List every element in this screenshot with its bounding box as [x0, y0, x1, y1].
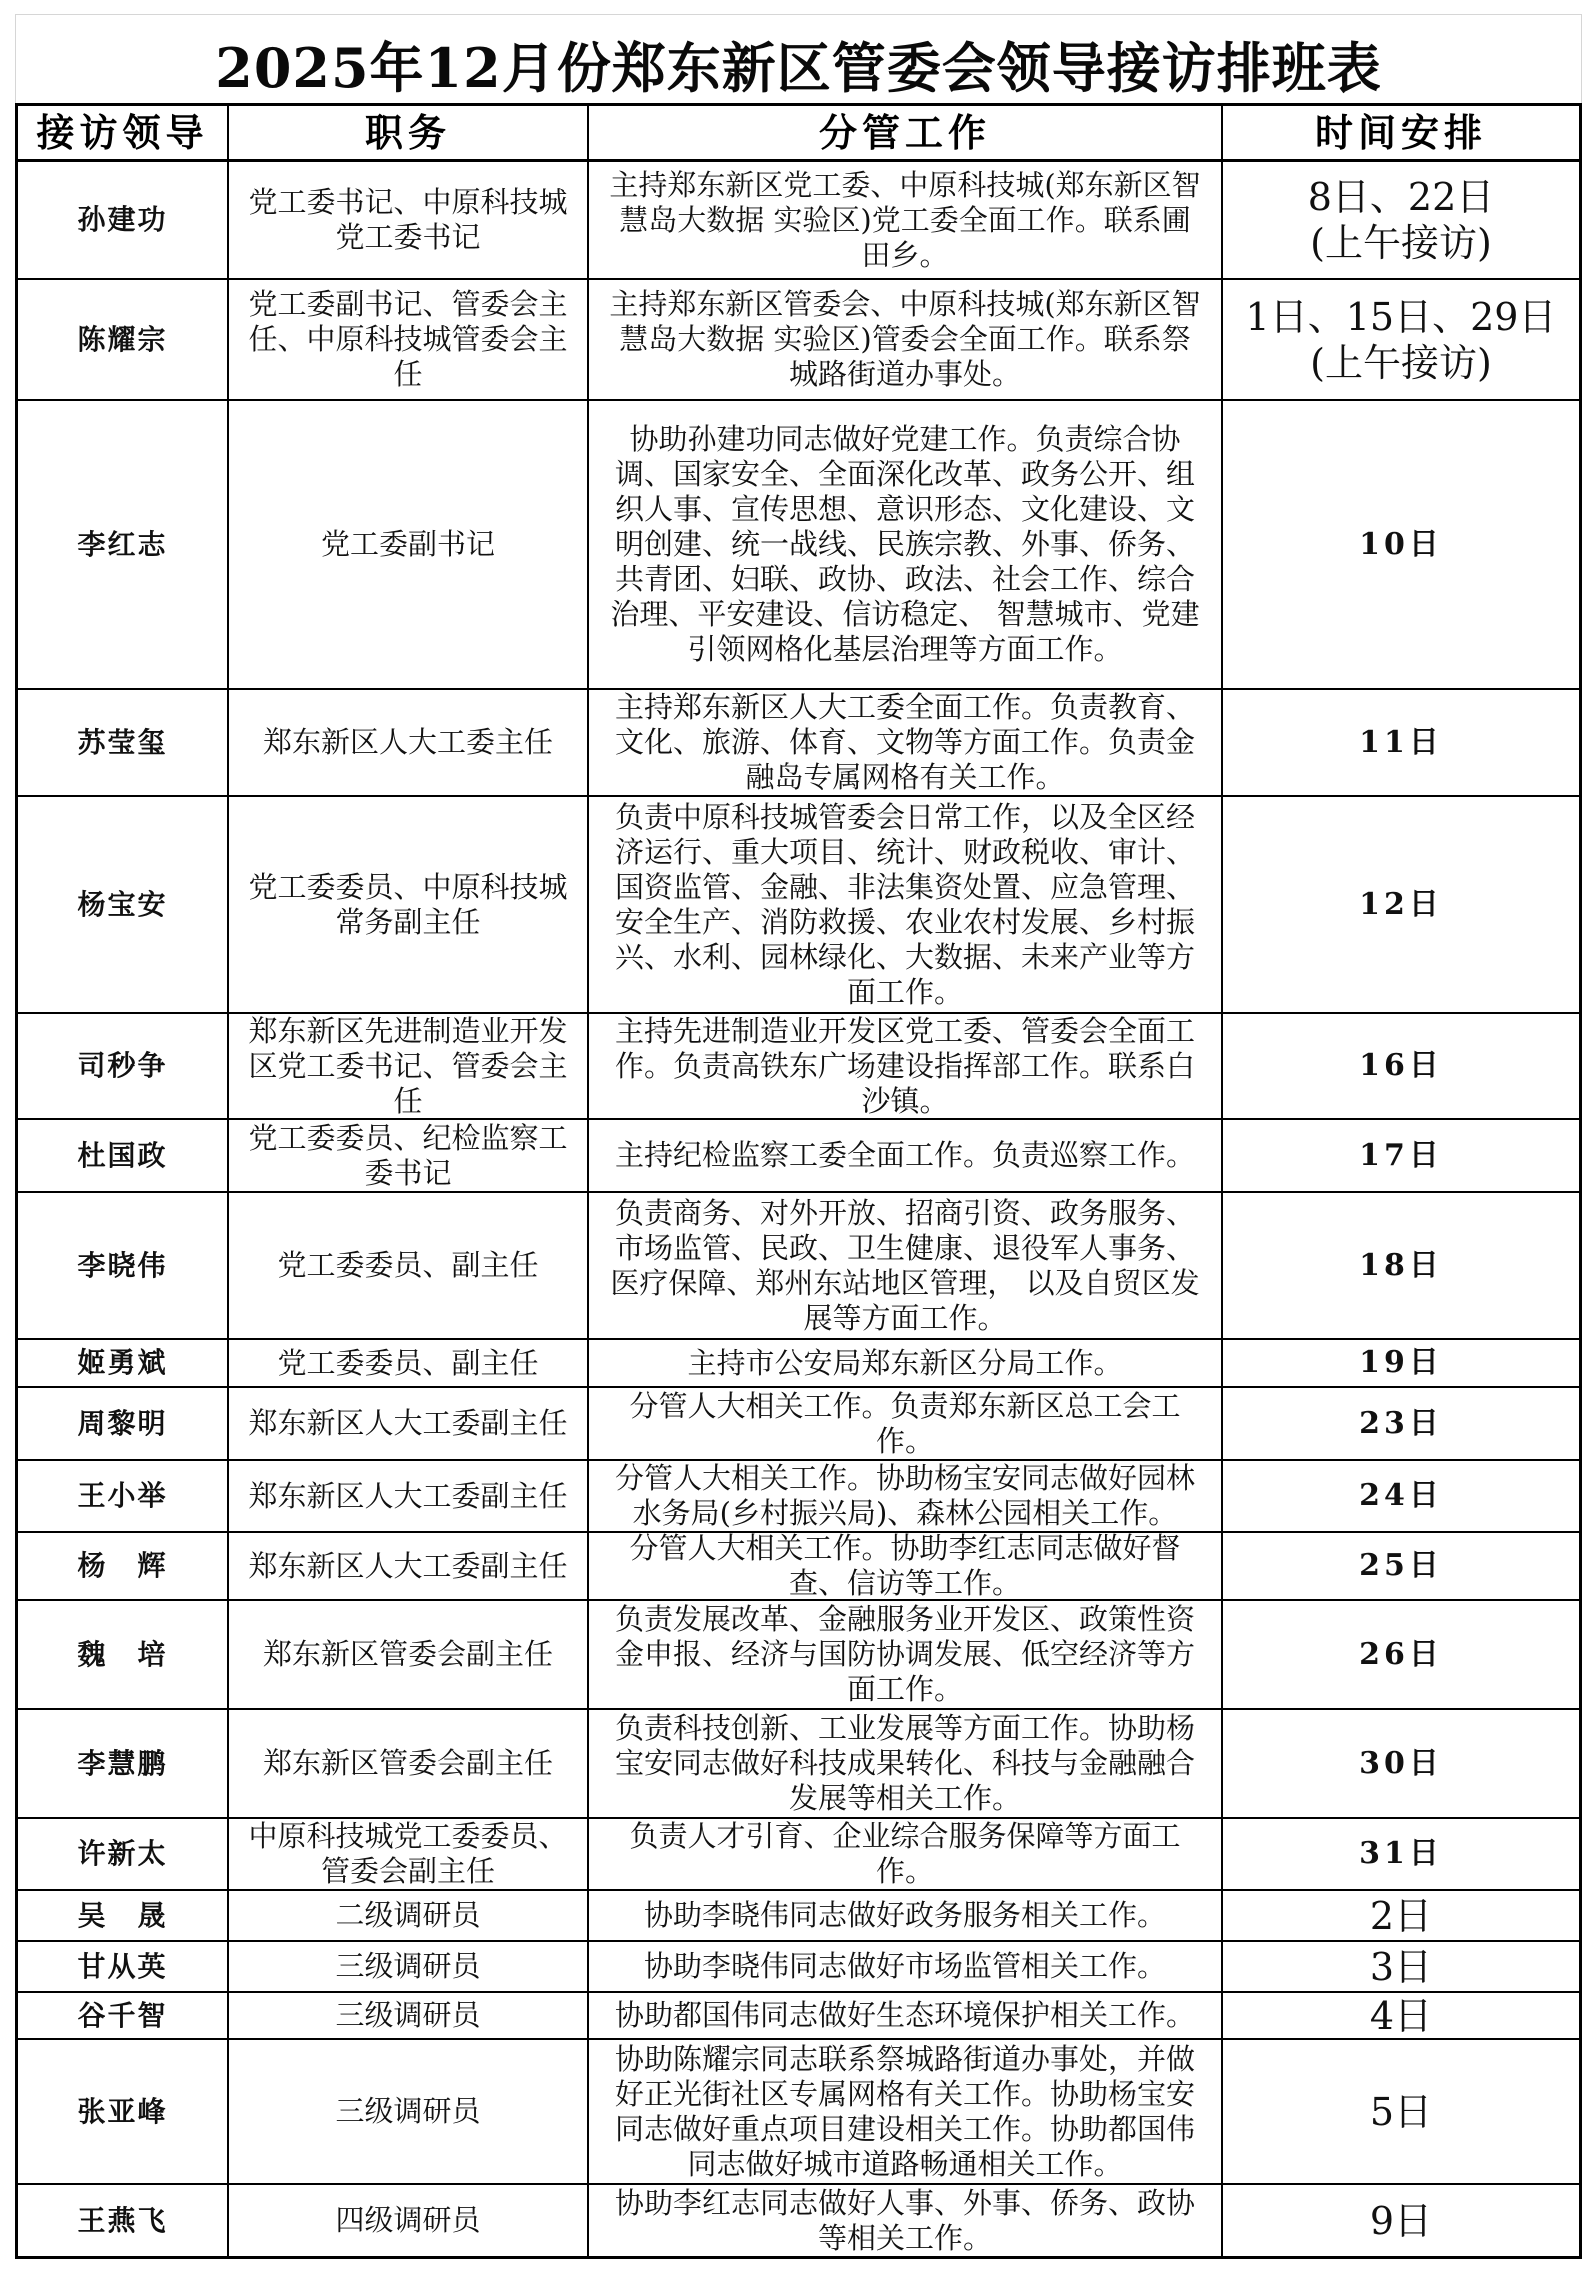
table-row: 司秒争 郑东新区先进制造业开发区党工委书记、管委会主任 主持先进制造业开发区党工…	[18, 1014, 1579, 1120]
duties: 主持郑东新区人大工委全面工作。负责教育、文化、旅游、体育、文物等方面工作。负责金…	[589, 690, 1223, 795]
title-frame: 2025年12月份郑东新区管委会领导接访排班表	[15, 14, 1582, 106]
table-row: 苏莹玺 郑东新区人大工委主任 主持郑东新区人大工委全面工作。负责教育、文化、旅游…	[18, 690, 1579, 797]
duties: 分管人大相关工作。协助杨宝安同志做好园林水务局(乡村振兴局)、森林公园相关工作。	[589, 1461, 1223, 1531]
schedule: 8日、22日 (上午接访)	[1223, 162, 1579, 278]
header-duties: 分管工作	[589, 106, 1223, 159]
schedule-date: 10日	[1359, 527, 1443, 563]
schedule-date: 5日	[1370, 2089, 1432, 2135]
table-row: 李红志 党工委副书记 协助孙建功同志做好党建工作。负责综合协调、国家安全、全面深…	[18, 401, 1579, 690]
schedule-date: 11日	[1359, 725, 1443, 761]
position: 党工委书记、中原科技城党工委书记	[229, 162, 589, 278]
duties: 负责科技创新、工业发展等方面工作。协助杨宝安同志做好科技成果转化、科技与金融融合…	[589, 1710, 1223, 1817]
schedule: 1日、15日、29日 (上午接访)	[1223, 280, 1579, 399]
schedule: 19日	[1223, 1340, 1579, 1386]
schedule-date: 23日	[1359, 1406, 1443, 1442]
schedule-date: 26日	[1359, 1637, 1443, 1673]
position: 郑东新区人大工委主任	[229, 690, 589, 795]
leader-name: 司秒争	[18, 1014, 229, 1118]
table-row: 李慧鹏 郑东新区管委会副主任 负责科技创新、工业发展等方面工作。协助杨宝安同志做…	[18, 1710, 1579, 1819]
table-row: 李晓伟 党工委委员、副主任 负责商务、对外开放、招商引资、政务服务、市场监管、民…	[18, 1193, 1579, 1340]
leader-name: 吴 晟	[18, 1891, 229, 1940]
table-row: 陈耀宗 党工委副书记、管委会主任、中原科技城管委会主任 主持郑东新区管委会、中原…	[18, 280, 1579, 401]
schedule: 18日	[1223, 1193, 1579, 1338]
header-position: 职务	[229, 106, 589, 159]
header-schedule: 时间安排	[1223, 106, 1579, 159]
leader-name: 谷千智	[18, 1993, 229, 2038]
schedule: 26日	[1223, 1601, 1579, 1708]
schedule-date: 24日	[1359, 1478, 1443, 1514]
schedule-date: 3日	[1370, 1944, 1432, 1990]
schedule: 4日	[1223, 1993, 1579, 2038]
position: 党工委委员、副主任	[229, 1193, 589, 1338]
duties: 主持纪检监察工委全面工作。负责巡察工作。	[589, 1120, 1223, 1191]
schedule: 2日	[1223, 1891, 1579, 1940]
duties: 负责人才引育、企业综合服务保障等方面工作。	[589, 1819, 1223, 1889]
leader-name: 陈耀宗	[18, 280, 229, 399]
duties: 主持市公安局郑东新区分局工作。	[589, 1340, 1223, 1386]
table-row: 谷千智 三级调研员 协助都国伟同志做好生态环境保护相关工作。 4日	[18, 1993, 1579, 2040]
duties: 协助李晓伟同志做好政务服务相关工作。	[589, 1891, 1223, 1940]
table-row: 杜国政 党工委委员、纪检监察工委书记 主持纪检监察工委全面工作。负责巡察工作。 …	[18, 1120, 1579, 1193]
schedule-note: (上午接访)	[1310, 220, 1492, 266]
schedule-table: 接访领导 职务 分管工作 时间安排 孙建功 党工委书记、中原科技城党工委书记 主…	[15, 103, 1582, 2259]
schedule-date: 17日	[1359, 1138, 1443, 1174]
position: 四级调研员	[229, 2185, 589, 2256]
table-row: 甘从英 三级调研员 协助李晓伟同志做好市场监管相关工作。 3日	[18, 1942, 1579, 1993]
position: 郑东新区先进制造业开发区党工委书记、管委会主任	[229, 1014, 589, 1118]
position: 三级调研员	[229, 2040, 589, 2183]
table-row: 周黎明 郑东新区人大工委副主任 分管人大相关工作。负责郑东新区总工会工作。 23…	[18, 1388, 1579, 1461]
schedule: 30日	[1223, 1710, 1579, 1817]
leader-name: 杨宝安	[18, 797, 229, 1012]
table-row: 魏 培 郑东新区管委会副主任 负责发展改革、金融服务业开发区、政策性资金申报、经…	[18, 1601, 1579, 1710]
schedule-date: 31日	[1359, 1836, 1443, 1872]
leader-name: 李红志	[18, 401, 229, 688]
duties: 协助孙建功同志做好党建工作。负责综合协调、国家安全、全面深化改革、政务公开、组织…	[589, 401, 1223, 688]
duties: 分管人大相关工作。负责郑东新区总工会工作。	[589, 1388, 1223, 1459]
page-title: 2025年12月份郑东新区管委会领导接访排班表	[16, 39, 1581, 97]
schedule-date: 16日	[1359, 1048, 1443, 1084]
schedule-date: 4日	[1370, 1993, 1432, 2038]
table-row: 杨宝安 党工委委员、中原科技城常务副主任 负责中原科技城管委会日常工作，以及全区…	[18, 797, 1579, 1014]
table-row: 张亚峰 三级调研员 协助陈耀宗同志联系祭城路街道办事处，并做好正光街社区专属网格…	[18, 2040, 1579, 2185]
leader-name: 周黎明	[18, 1388, 229, 1459]
position: 二级调研员	[229, 1891, 589, 1940]
schedule: 3日	[1223, 1942, 1579, 1991]
position: 党工委委员、纪检监察工委书记	[229, 1120, 589, 1191]
schedule-date: 1日、15日、29日	[1246, 294, 1557, 340]
table-row: 吴 晟 二级调研员 协助李晓伟同志做好政务服务相关工作。 2日	[18, 1891, 1579, 1942]
duties: 主持郑东新区管委会、中原科技城(郑东新区智慧岛大数据 实验区)管委会全面工作。联…	[589, 280, 1223, 399]
position: 党工委副书记	[229, 401, 589, 688]
leader-name: 张亚峰	[18, 2040, 229, 2183]
schedule-date: 18日	[1359, 1248, 1443, 1284]
leader-name: 孙建功	[18, 162, 229, 278]
duties: 主持郑东新区党工委、中原科技城(郑东新区智慧岛大数据 实验区)党工委全面工作。联…	[589, 162, 1223, 278]
duties: 协助都国伟同志做好生态环境保护相关工作。	[589, 1993, 1223, 2038]
duties: 主持先进制造业开发区党工委、管委会全面工作。负责高铁东广场建设指挥部工作。联系白…	[589, 1014, 1223, 1118]
leader-name: 姬勇斌	[18, 1340, 229, 1386]
duties: 分管人大相关工作。协助李红志同志做好督查、信访等工作。	[589, 1533, 1223, 1599]
schedule: 11日	[1223, 690, 1579, 795]
leader-name: 甘从英	[18, 1942, 229, 1991]
leader-name: 李慧鹏	[18, 1710, 229, 1817]
schedule: 25日	[1223, 1533, 1579, 1599]
leader-name: 王小举	[18, 1461, 229, 1531]
table-row: 王小举 郑东新区人大工委副主任 分管人大相关工作。协助杨宝安同志做好园林水务局(…	[18, 1461, 1579, 1533]
schedule-date: 12日	[1359, 887, 1443, 923]
schedule-note: (上午接访)	[1310, 340, 1492, 386]
schedule: 23日	[1223, 1388, 1579, 1459]
position: 党工委委员、中原科技城常务副主任	[229, 797, 589, 1012]
schedule-date: 25日	[1359, 1548, 1443, 1584]
leader-name: 李晓伟	[18, 1193, 229, 1338]
leader-name: 苏莹玺	[18, 690, 229, 795]
duties: 协助李红志同志做好人事、外事、侨务、政协等相关工作。	[589, 2185, 1223, 2256]
schedule: 9日	[1223, 2185, 1579, 2256]
duties: 负责发展改革、金融服务业开发区、政策性资金申报、经济与国防协调发展、低空经济等方…	[589, 1601, 1223, 1708]
schedule-date: 19日	[1359, 1345, 1443, 1381]
position: 党工委副书记、管委会主任、中原科技城管委会主任	[229, 280, 589, 399]
schedule: 31日	[1223, 1819, 1579, 1889]
leader-name: 许新太	[18, 1819, 229, 1889]
header-leader: 接访领导	[18, 106, 229, 159]
schedule: 17日	[1223, 1120, 1579, 1191]
position: 郑东新区人大工委副主任	[229, 1388, 589, 1459]
position: 郑东新区人大工委副主任	[229, 1533, 589, 1599]
table-row: 王燕飞 四级调研员 协助李红志同志做好人事、外事、侨务、政协等相关工作。 9日	[18, 2185, 1579, 2256]
table-row: 孙建功 党工委书记、中原科技城党工委书记 主持郑东新区党工委、中原科技城(郑东新…	[18, 162, 1579, 280]
schedule-date: 9日	[1370, 2198, 1432, 2244]
position: 中原科技城党工委委员、管委会副主任	[229, 1819, 589, 1889]
leader-name: 魏 培	[18, 1601, 229, 1708]
table-row: 许新太 中原科技城党工委委员、管委会副主任 负责人才引育、企业综合服务保障等方面…	[18, 1819, 1579, 1891]
duties: 协助陈耀宗同志联系祭城路街道办事处，并做好正光街社区专属网格有关工作。协助杨宝安…	[589, 2040, 1223, 2183]
table-header-row: 接访领导 职务 分管工作 时间安排	[18, 106, 1579, 162]
schedule-date: 30日	[1359, 1746, 1443, 1782]
position: 郑东新区人大工委副主任	[229, 1461, 589, 1531]
position: 党工委委员、副主任	[229, 1340, 589, 1386]
leader-name: 杜国政	[18, 1120, 229, 1191]
schedule-date: 2日	[1370, 1893, 1432, 1939]
position: 三级调研员	[229, 1993, 589, 2038]
schedule: 16日	[1223, 1014, 1579, 1118]
schedule: 12日	[1223, 797, 1579, 1012]
duties: 负责商务、对外开放、招商引资、政务服务、市场监管、民政、卫生健康、退役军人事务、…	[589, 1193, 1223, 1338]
leader-name: 杨 辉	[18, 1533, 229, 1599]
table-row: 杨 辉 郑东新区人大工委副主任 分管人大相关工作。协助李红志同志做好督查、信访等…	[18, 1533, 1579, 1601]
position: 三级调研员	[229, 1942, 589, 1991]
position: 郑东新区管委会副主任	[229, 1601, 589, 1708]
schedule: 5日	[1223, 2040, 1579, 2183]
duties: 协助李晓伟同志做好市场监管相关工作。	[589, 1942, 1223, 1991]
position: 郑东新区管委会副主任	[229, 1710, 589, 1817]
duties: 负责中原科技城管委会日常工作，以及全区经济运行、重大项目、统计、财政税收、审计、…	[589, 797, 1223, 1012]
schedule: 24日	[1223, 1461, 1579, 1531]
schedule: 10日	[1223, 401, 1579, 688]
schedule-date: 8日、22日	[1308, 174, 1495, 220]
leader-name: 王燕飞	[18, 2185, 229, 2256]
table-row: 姬勇斌 党工委委员、副主任 主持市公安局郑东新区分局工作。 19日	[18, 1340, 1579, 1388]
